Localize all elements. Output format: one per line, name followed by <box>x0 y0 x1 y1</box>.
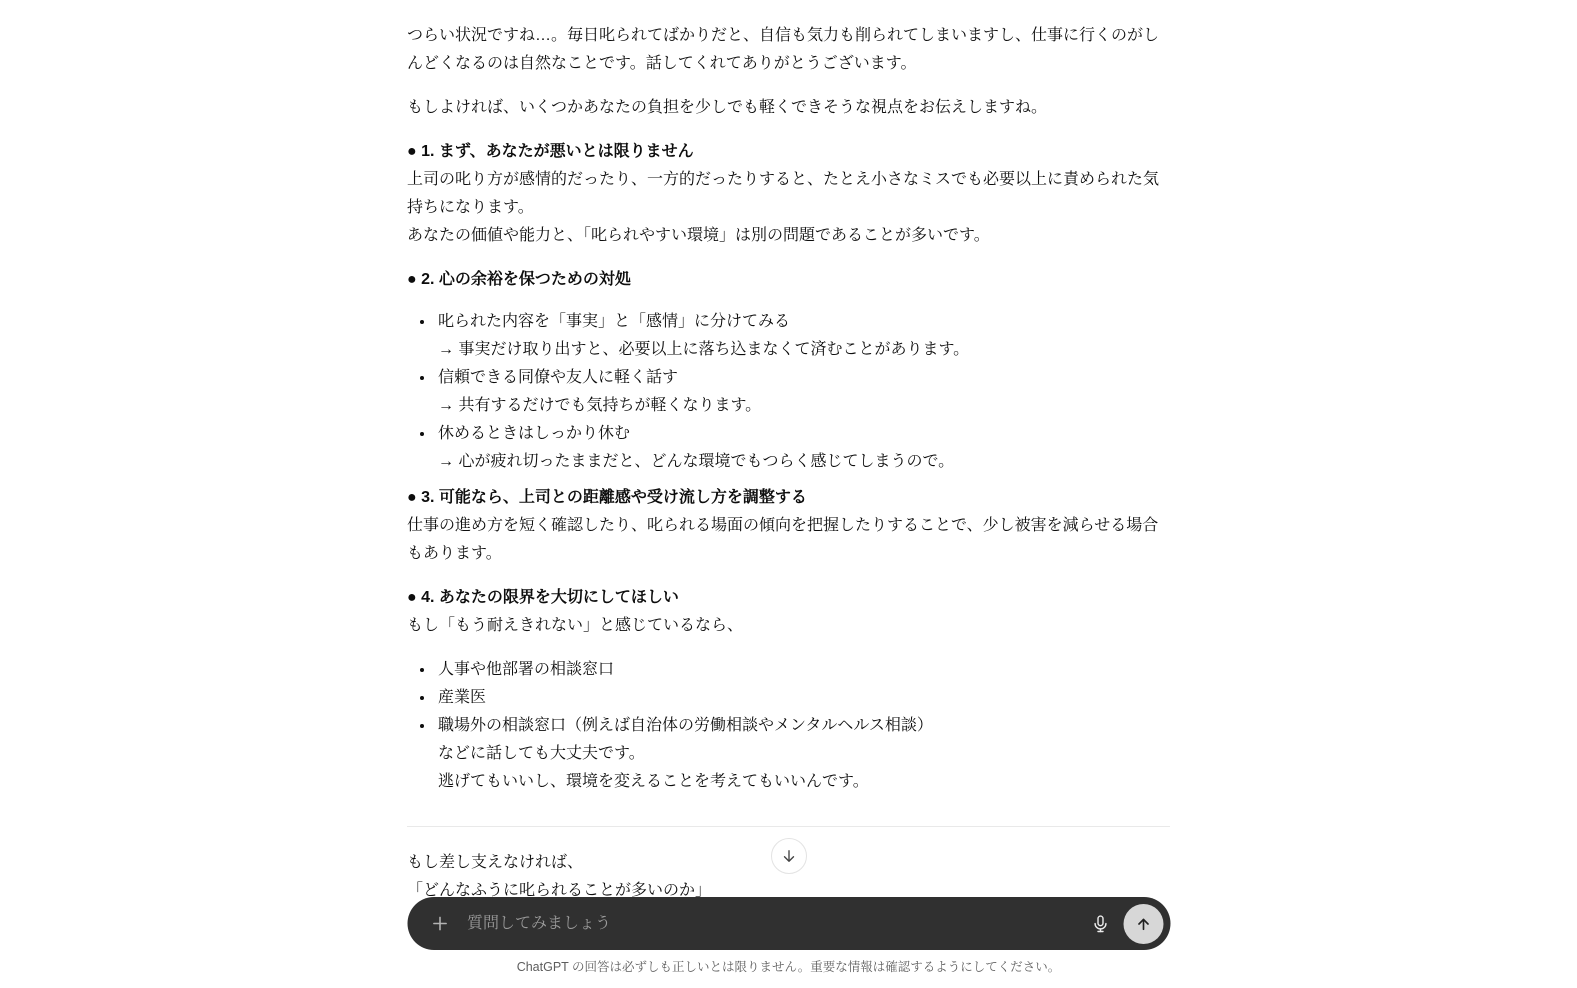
list-item-continuation: 逃げてもいいし、環境を変えることを考えてもいいんです。 <box>438 773 869 790</box>
section-3-body: 仕事の進め方を短く確認したり、叱られる場面の傾向を把握したりすることで、少し被害… <box>407 512 1170 568</box>
disclaimer-text: ChatGPT の回答は必ずしも正しいとは限りません。重要な情報は確認するように… <box>0 958 1577 976</box>
list-item-text: 職場外の相談窓口（例えば自治体の労働相談やメンタルヘルス相談） <box>438 717 933 734</box>
list-item-subtext: → 事実だけ取り出すと、必要以上に落ち込まなくて済むことがあります。 <box>438 341 969 358</box>
section-4-heading: ● 4. あなたの限界を大切にしてほしい <box>407 584 1170 612</box>
list-item-continuation: などに話しても大丈夫です。 <box>438 745 645 762</box>
followup-line-1: もし差し支えなければ、 <box>407 854 583 871</box>
bullet-dot <box>420 376 424 380</box>
bullet-dot <box>420 668 424 672</box>
list-item: 産業医 <box>407 684 1170 712</box>
coping-list: 叱られた内容を「事実」と「感情」に分けてみる→ 事実だけ取り出すと、必要以上に落… <box>407 308 1170 476</box>
section-2-heading: ● 2. 心の余裕を保つための対処 <box>407 266 1170 294</box>
contact-list: 人事や他部署の相談窓口 産業医 職場外の相談窓口（例えば自治体の労働相談やメンタ… <box>407 656 1170 796</box>
list-item-text: 休めるときはしっかり休む <box>438 425 630 442</box>
section-1-line-1: 上司の叱り方が感情的だったり、一方的だったりすると、たとえ小さなミスでも必要以上… <box>407 171 1159 216</box>
list-item-text: 叱られた内容を「事実」と「感情」に分けてみる <box>438 313 790 330</box>
list-item-text: 産業医 <box>438 684 1170 712</box>
section-1-heading: ● 1. まず、あなたが悪いとは限りません <box>407 138 1170 166</box>
plus-icon <box>430 913 451 934</box>
microphone-icon <box>1090 914 1110 934</box>
message-composer[interactable] <box>407 897 1170 950</box>
list-item-text: 人事や他部署の相談窓口 <box>438 656 1170 684</box>
list-item: 信頼できる同僚や友人に軽く話す→ 共有するだけでも気持ちが軽くなります。 <box>407 364 1170 420</box>
section-4-lead: もし「もう耐えきれない」と感じているなら、 <box>407 612 1170 640</box>
scroll-to-bottom-button[interactable] <box>771 838 807 874</box>
send-button[interactable] <box>1123 904 1163 944</box>
list-item: 休めるときはしっかり休む→ 心が疲れ切ったままだと、どんな環境でもつらく感じてし… <box>407 420 1170 476</box>
arrow-up-icon <box>1134 915 1152 933</box>
intro-paragraph-1: つらい状況ですね…。毎日叱られてばかりだと、自信も気力も削られてしまいますし、仕… <box>407 22 1170 78</box>
list-item: 人事や他部署の相談窓口 <box>407 656 1170 684</box>
list-item-subtext: → 共有するだけでも気持ちが軽くなります。 <box>438 397 761 414</box>
bullet-dot <box>420 320 424 324</box>
attach-button[interactable] <box>423 907 457 941</box>
message-divider <box>407 826 1170 827</box>
list-item: 職場外の相談窓口（例えば自治体の労働相談やメンタルヘルス相談）などに話しても大丈… <box>407 712 1170 796</box>
assistant-message: つらい状況ですね…。毎日叱られてばかりだと、自信も気力も削られてしまいますし、仕… <box>407 0 1170 905</box>
composer-input[interactable] <box>465 914 1083 934</box>
list-item-text: 信頼できる同僚や友人に軽く話す <box>438 369 678 386</box>
list-item: 叱られた内容を「事実」と「感情」に分けてみる→ 事実だけ取り出すと、必要以上に落… <box>407 308 1170 364</box>
intro-paragraph-2: もしよければ、いくつかあなたの負担を少しでも軽くできそうな視点をお伝えしますね。 <box>407 94 1170 122</box>
bullet-dot <box>420 724 424 728</box>
list-item-subtext: → 心が疲れ切ったままだと、どんな環境でもつらく感じてしまうので。 <box>438 453 954 470</box>
bullet-dot <box>420 696 424 700</box>
arrow-down-icon <box>780 847 798 865</box>
dictate-button[interactable] <box>1083 907 1117 941</box>
section-1-line-2: あなたの価値や能力と、「叱られやすい環境」は別の問題であることが多いです。 <box>407 227 990 244</box>
section-3-heading: ● 3. 可能なら、上司との距離感や受け流し方を調整する <box>407 484 1170 512</box>
section-1-body: 上司の叱り方が感情的だったり、一方的だったりすると、たとえ小さなミスでも必要以上… <box>407 166 1170 250</box>
bullet-dot <box>420 432 424 436</box>
